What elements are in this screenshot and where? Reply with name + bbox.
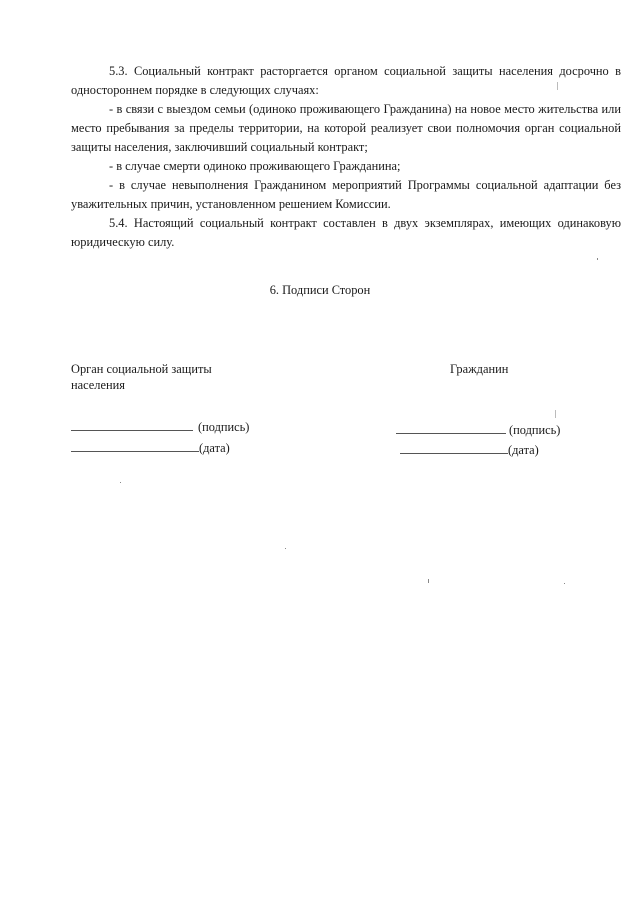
- scan-speck: [428, 579, 429, 583]
- clause-5-3: 5.3. Социальный контракт расторгается ор…: [71, 62, 621, 100]
- org-signature-label: (подпись): [198, 420, 249, 435]
- clause-5-3-case-relocation: - в связи с выездом семьи (одиноко прожи…: [71, 100, 621, 157]
- scan-speck: [120, 482, 121, 483]
- org-date-label: (дата): [199, 441, 230, 456]
- case-death-text: - в случае смерти одиноко проживающего Г…: [109, 159, 400, 173]
- scan-speck: [285, 548, 286, 549]
- org-date-blank: [71, 439, 199, 452]
- citizen-date-label: (дата): [508, 443, 539, 458]
- org-signature-blank: [71, 418, 193, 431]
- scan-speck: [555, 410, 556, 418]
- section-heading-signatures: 6. Подписи Сторон: [0, 283, 640, 298]
- scan-speck: [597, 258, 598, 260]
- clause-5-4: 5.4. Настоящий социальный контракт соста…: [71, 214, 621, 252]
- signatory-citizen-title: Гражданин: [450, 361, 508, 377]
- signatory-org-title: Орган социальной защиты населения: [71, 361, 241, 393]
- clause-5-3-text: 5.3. Социальный контракт расторгается ор…: [71, 64, 621, 97]
- case-relocation-text: - в связи с выездом семьи (одиноко прожи…: [71, 102, 621, 154]
- citizen-date-line: (дата): [400, 441, 539, 458]
- citizen-signature-label: (подпись): [509, 423, 560, 438]
- clause-5-3-case-nonfulfillment: - в случае невыполнения Гражданином меро…: [71, 176, 621, 214]
- scan-speck: [564, 583, 565, 584]
- document-page: 5.3. Социальный контракт расторгается ор…: [0, 0, 640, 905]
- scan-speck: [557, 82, 558, 90]
- citizen-signature-line: (подпись): [396, 421, 560, 438]
- case-nonfulfillment-text: - в случае невыполнения Гражданином меро…: [71, 178, 621, 211]
- org-signature-line: (подпись): [71, 418, 249, 435]
- org-date-line: (дата): [71, 439, 230, 456]
- clause-5-3-case-death: - в случае смерти одиноко проживающего Г…: [71, 157, 621, 176]
- clause-5-4-text: 5.4. Настоящий социальный контракт соста…: [71, 216, 621, 249]
- citizen-date-blank: [400, 441, 508, 454]
- citizen-signature-blank: [396, 421, 506, 434]
